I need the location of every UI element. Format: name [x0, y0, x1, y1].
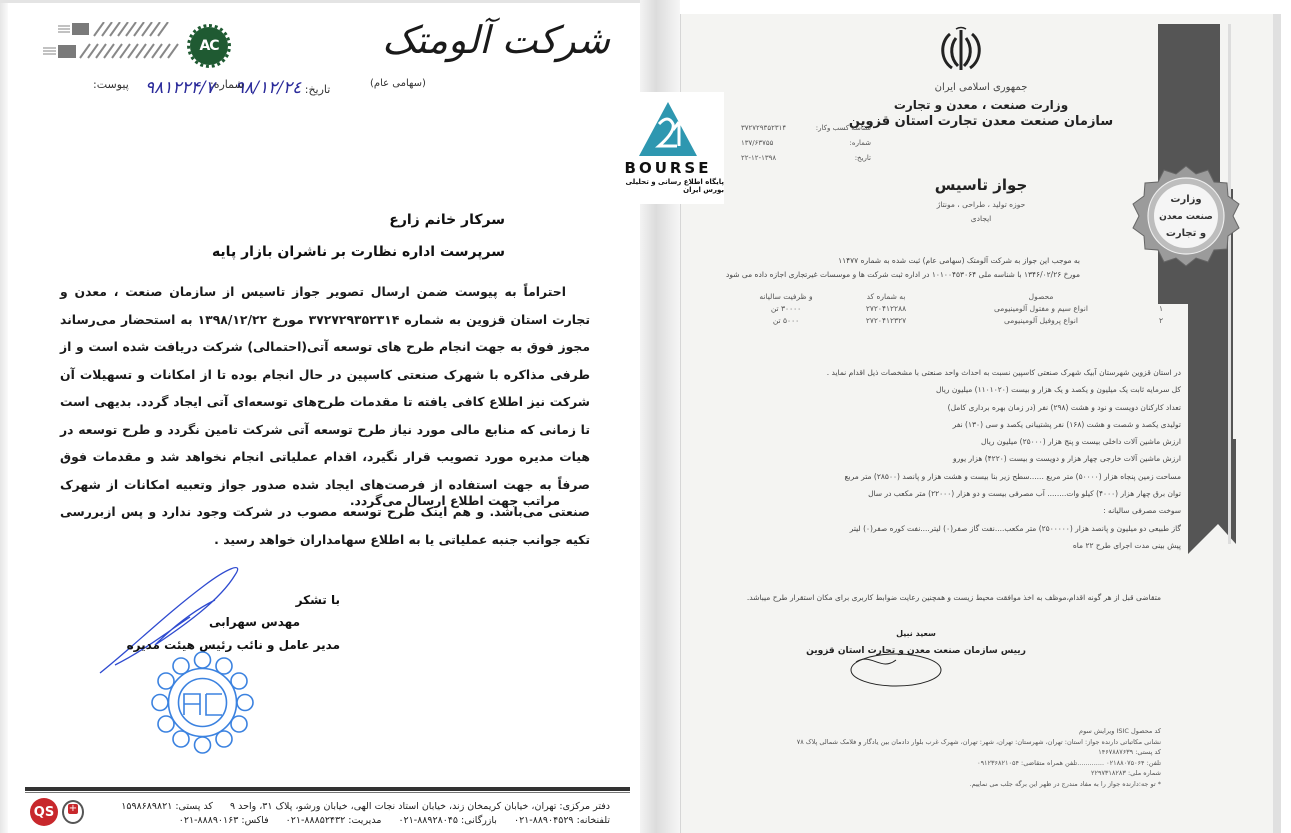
footer-address: دفتر مرکزی: تهران، خیابان کریمخان زند، خ…: [230, 801, 610, 812]
cert-detail-line: گاز طبیعی دو میلیون و پانصد هزار (۲۵۰۰۰۰…: [741, 520, 1181, 537]
cert-ref-row: شناسه کسب وکار: ۳۷۲۷۲۹۳۵۲۳۱۴: [741, 124, 871, 139]
signer-name: مهدس سهرابی: [209, 615, 300, 629]
qs-certification-logo: QS: [30, 798, 58, 826]
cert-details: در استان قزوین شهرستان آبیک شهرک صنعتی ک…: [741, 364, 1181, 554]
establishment-permit: جمهوری اسلامی ایران وزارت صنعت ، معدن و …: [680, 14, 1280, 833]
ribbon-decoration: [1158, 14, 1250, 654]
footer-fax: فاکس: ۸۸۸۹۰۱۶۳-۰۲۱: [179, 815, 269, 826]
cert-footer-line: * تو جه:دارنده جواز را به مفاد مندرج در …: [741, 779, 1161, 790]
company-logo: AC: [190, 27, 228, 65]
cert-signature: [836, 642, 946, 692]
svg-text:وزارت: وزارت: [1170, 194, 1201, 205]
cert-ref-value: ۳۷۲۷۲۹۳۵۲۳۱۴: [741, 124, 786, 139]
letter-footer: دفتر مرکزی: تهران، خیابان کریمخان زند، خ…: [107, 800, 610, 828]
footer-divider: [25, 787, 630, 791]
table-row: ۱ انواع سیم و مفتول آلومینیومی ۲۷۲۰۴۱۲۲۸…: [741, 302, 1181, 314]
cert-footer-line: شماره ملی: ۲۲۹۷۳۱۸۲۸۳: [741, 768, 1161, 779]
page-edge: [0, 0, 8, 833]
cert-detail-line: توان برق چهار هزار (۴۰۰۰) کیلو وات......…: [741, 485, 1181, 502]
swiss-certification-icon: [62, 800, 84, 824]
cert-ref-value: ۱۳۷/۶۳۷۵۵: [741, 139, 773, 154]
cert-detail-line: سوخت مصرفی سالیانه :: [741, 502, 1181, 519]
table-cell-product: انواع سیم و مفتول آلومینیومی: [941, 304, 1141, 313]
cert-footer-line: کد محصول ISIC ویرایش سوم: [741, 726, 1161, 737]
table-cell-product: انواع پروفیل آلومینیومی: [941, 316, 1141, 325]
cert-intro-line: به موجب این جواز به شرکت آلومتک (سهامی ع…: [720, 254, 1080, 268]
company-name: شرکت آلومتک: [382, 18, 610, 62]
table-header: و ظرفیت سالیانه: [741, 292, 831, 301]
letter-number-label-wrap: شماره:: [210, 78, 244, 91]
footer-phone: تلفنخانه: ۸۸۹۰۴۵۲۹-۰۲۱: [514, 815, 610, 826]
number-value: ۹۸۱۲۲۴/۷: [145, 78, 215, 98]
letter-number: ۹۸۱۲۲۴/۷: [145, 78, 215, 98]
table-header: محصول: [941, 292, 1141, 301]
cert-detail-line: در استان قزوین شهرستان آبیک شهرک صنعتی ک…: [741, 364, 1181, 381]
bourse-watermark: BOURSE پایگاه اطلاع رسانی و تحلیلی بورس …: [612, 92, 724, 204]
cert-detail-line: پیش بینی مدت اجرای طرح ۲۲ ماه: [741, 537, 1181, 554]
footer-management: مدیریت: ۸۸۸۵۲۴۳۲-۰۲۱: [286, 815, 382, 826]
cert-detail-line: ارزش ماشین آلات داخلی بیست و پنج هزار (۲…: [741, 433, 1181, 450]
attachment-label: پیوست:: [93, 78, 129, 91]
cert-footer-line: تلفن: ۰۲۱۸۸۰۷۵۰۶۴ .............تلفن همرا…: [741, 758, 1161, 769]
date-value: ۹۸/۱۲/۲٤: [235, 78, 301, 98]
cert-detail-line: مساحت زمین پنجاه هزار (۵۰۰۰۰) متر مربع .…: [741, 468, 1181, 485]
table-cell-capacity: ۳۰۰۰۰ تن: [741, 304, 831, 313]
cert-footer-line: نشانی مکاتباتی دارنده جواز: استان: تهران…: [741, 737, 1161, 748]
cert-signer-name: سعید نبیل: [681, 629, 1151, 638]
company-stamp-icon: [150, 650, 255, 755]
page-edge: [1273, 14, 1281, 833]
cert-note: متقاضی قبل از هر گونه اقدام،موظف به اخذ …: [741, 589, 1161, 606]
cert-detail-line: کل سرمایه ثابت یک میلیون و یکصد و یک هزا…: [741, 381, 1181, 398]
cert-ref-row: تاریخ: ۲۲-۱۲-۱۳۹۸: [741, 154, 871, 169]
cert-detail-line: تعداد کارکنان دویست و نود و هشت (۲۹۸) نف…: [741, 399, 1181, 416]
footer-divider-thin: [25, 792, 630, 793]
table-row: ۲ انواع پروفیل آلومینیومی ۲۷۲۰۴۱۲۳۲۷ ۵۰۰…: [741, 314, 1181, 326]
bourse-tagline: پایگاه اطلاع رسانی و تحلیلی بورس ایران: [612, 178, 724, 194]
page-top-edge: [0, 0, 640, 3]
svg-text:و تجارت: و تجارت: [1166, 228, 1206, 239]
number-label: شماره:: [210, 78, 244, 91]
footer-postal-code: کد پستی: ۱۵۹۸۶۸۹۸۲۱: [121, 801, 213, 812]
ministry-seal-badge: وزارت صنعت معدن و تجارت: [1126, 162, 1246, 282]
cert-reference-block: شناسه کسب وکار: ۳۷۲۷۲۹۳۵۲۳۱۴ شماره: ۱۳۷/…: [741, 124, 871, 169]
table-header: به شماره کد: [831, 292, 941, 301]
cert-detail-line: تولیدی یکصد و شصت و هشت (۱۶۸) نفر پشتیبا…: [741, 416, 1181, 433]
company-logo-text: AC: [199, 38, 218, 54]
table-cell-code: ۲۷۲۰۴۱۲۳۲۷: [831, 316, 941, 325]
iran-emblem-icon: [936, 26, 986, 72]
letter-body-paragraph: احتراماً به پیوست ضمن ارسال تصویر جواز ت…: [60, 278, 590, 553]
svg-text:صنعت معدن: صنعت معدن: [1159, 212, 1213, 222]
company-logo-stripes-icon: [38, 22, 208, 68]
letter-body: احتراماً به پیوست ضمن ارسال تصویر جواز ت…: [60, 278, 590, 553]
subject-line: سرپرست اداره نظارت بر ناشران بازار پایه: [212, 244, 505, 260]
table-header-row: محصول به شماره کد و ظرفیت سالیانه: [741, 290, 1181, 302]
sign-thanks: با تشکر: [296, 593, 340, 607]
letter-closing: مراتب جهت اطلاع ارسال می‌گردد.: [350, 493, 560, 508]
cert-intro: به موجب این جواز به شرکت آلومتک (سهامی ع…: [720, 254, 1080, 282]
cert-ref-row: شماره: ۱۳۷/۶۳۷۵۵: [741, 139, 871, 154]
cert-intro-line: مورخ ۱۳۴۶/۰۲/۲۶ با شناسه ملی ۱۰۱۰۰۴۵۳۰۶۴…: [720, 268, 1080, 282]
company-letter: AC شرکت آلومتک (سهامی عام) تاریخ: ۹۸/۱۲/…: [0, 0, 640, 833]
cert-footer-line: کد پستی: ۱۴۶۷۸۸۷۶۳۹: [741, 747, 1161, 758]
table-cell-capacity: ۵۰۰۰ تن: [741, 316, 831, 325]
table-cell-code: ۲۷۲۰۴۱۲۲۸۸: [831, 304, 941, 313]
date-label: تاریخ:: [305, 83, 331, 96]
letter-date: تاریخ: ۹۸/۱۲/۲٤: [235, 78, 330, 98]
company-type: (سهامی عام): [370, 78, 426, 89]
footer-commerce: بازرگانی: ۸۸۹۲۸۰۴۵-۰۲۱: [398, 815, 497, 826]
cert-ref-label: شناسه کسب وکار:: [816, 124, 871, 139]
cert-ref-label: تاریخ:: [855, 154, 871, 169]
letter-attachment: پیوست:: [93, 78, 129, 91]
cert-ref-value: ۲۲-۱۲-۱۳۹۸: [741, 154, 776, 169]
salutation: سرکار خانم زارع: [389, 212, 505, 228]
bourse-logo-icon: [637, 100, 699, 158]
products-table: محصول به شماره کد و ظرفیت سالیانه ۱ انوا…: [741, 290, 1181, 326]
bourse-brand: BOURSE: [625, 159, 712, 177]
cert-detail-line: ارزش ماشین آلات خارجی چهار هزار و دویست …: [741, 450, 1181, 467]
cert-footer: کد محصول ISIC ویرایش سوم نشانی مکاتباتی …: [741, 726, 1161, 789]
cert-ref-label: شماره:: [850, 139, 871, 154]
